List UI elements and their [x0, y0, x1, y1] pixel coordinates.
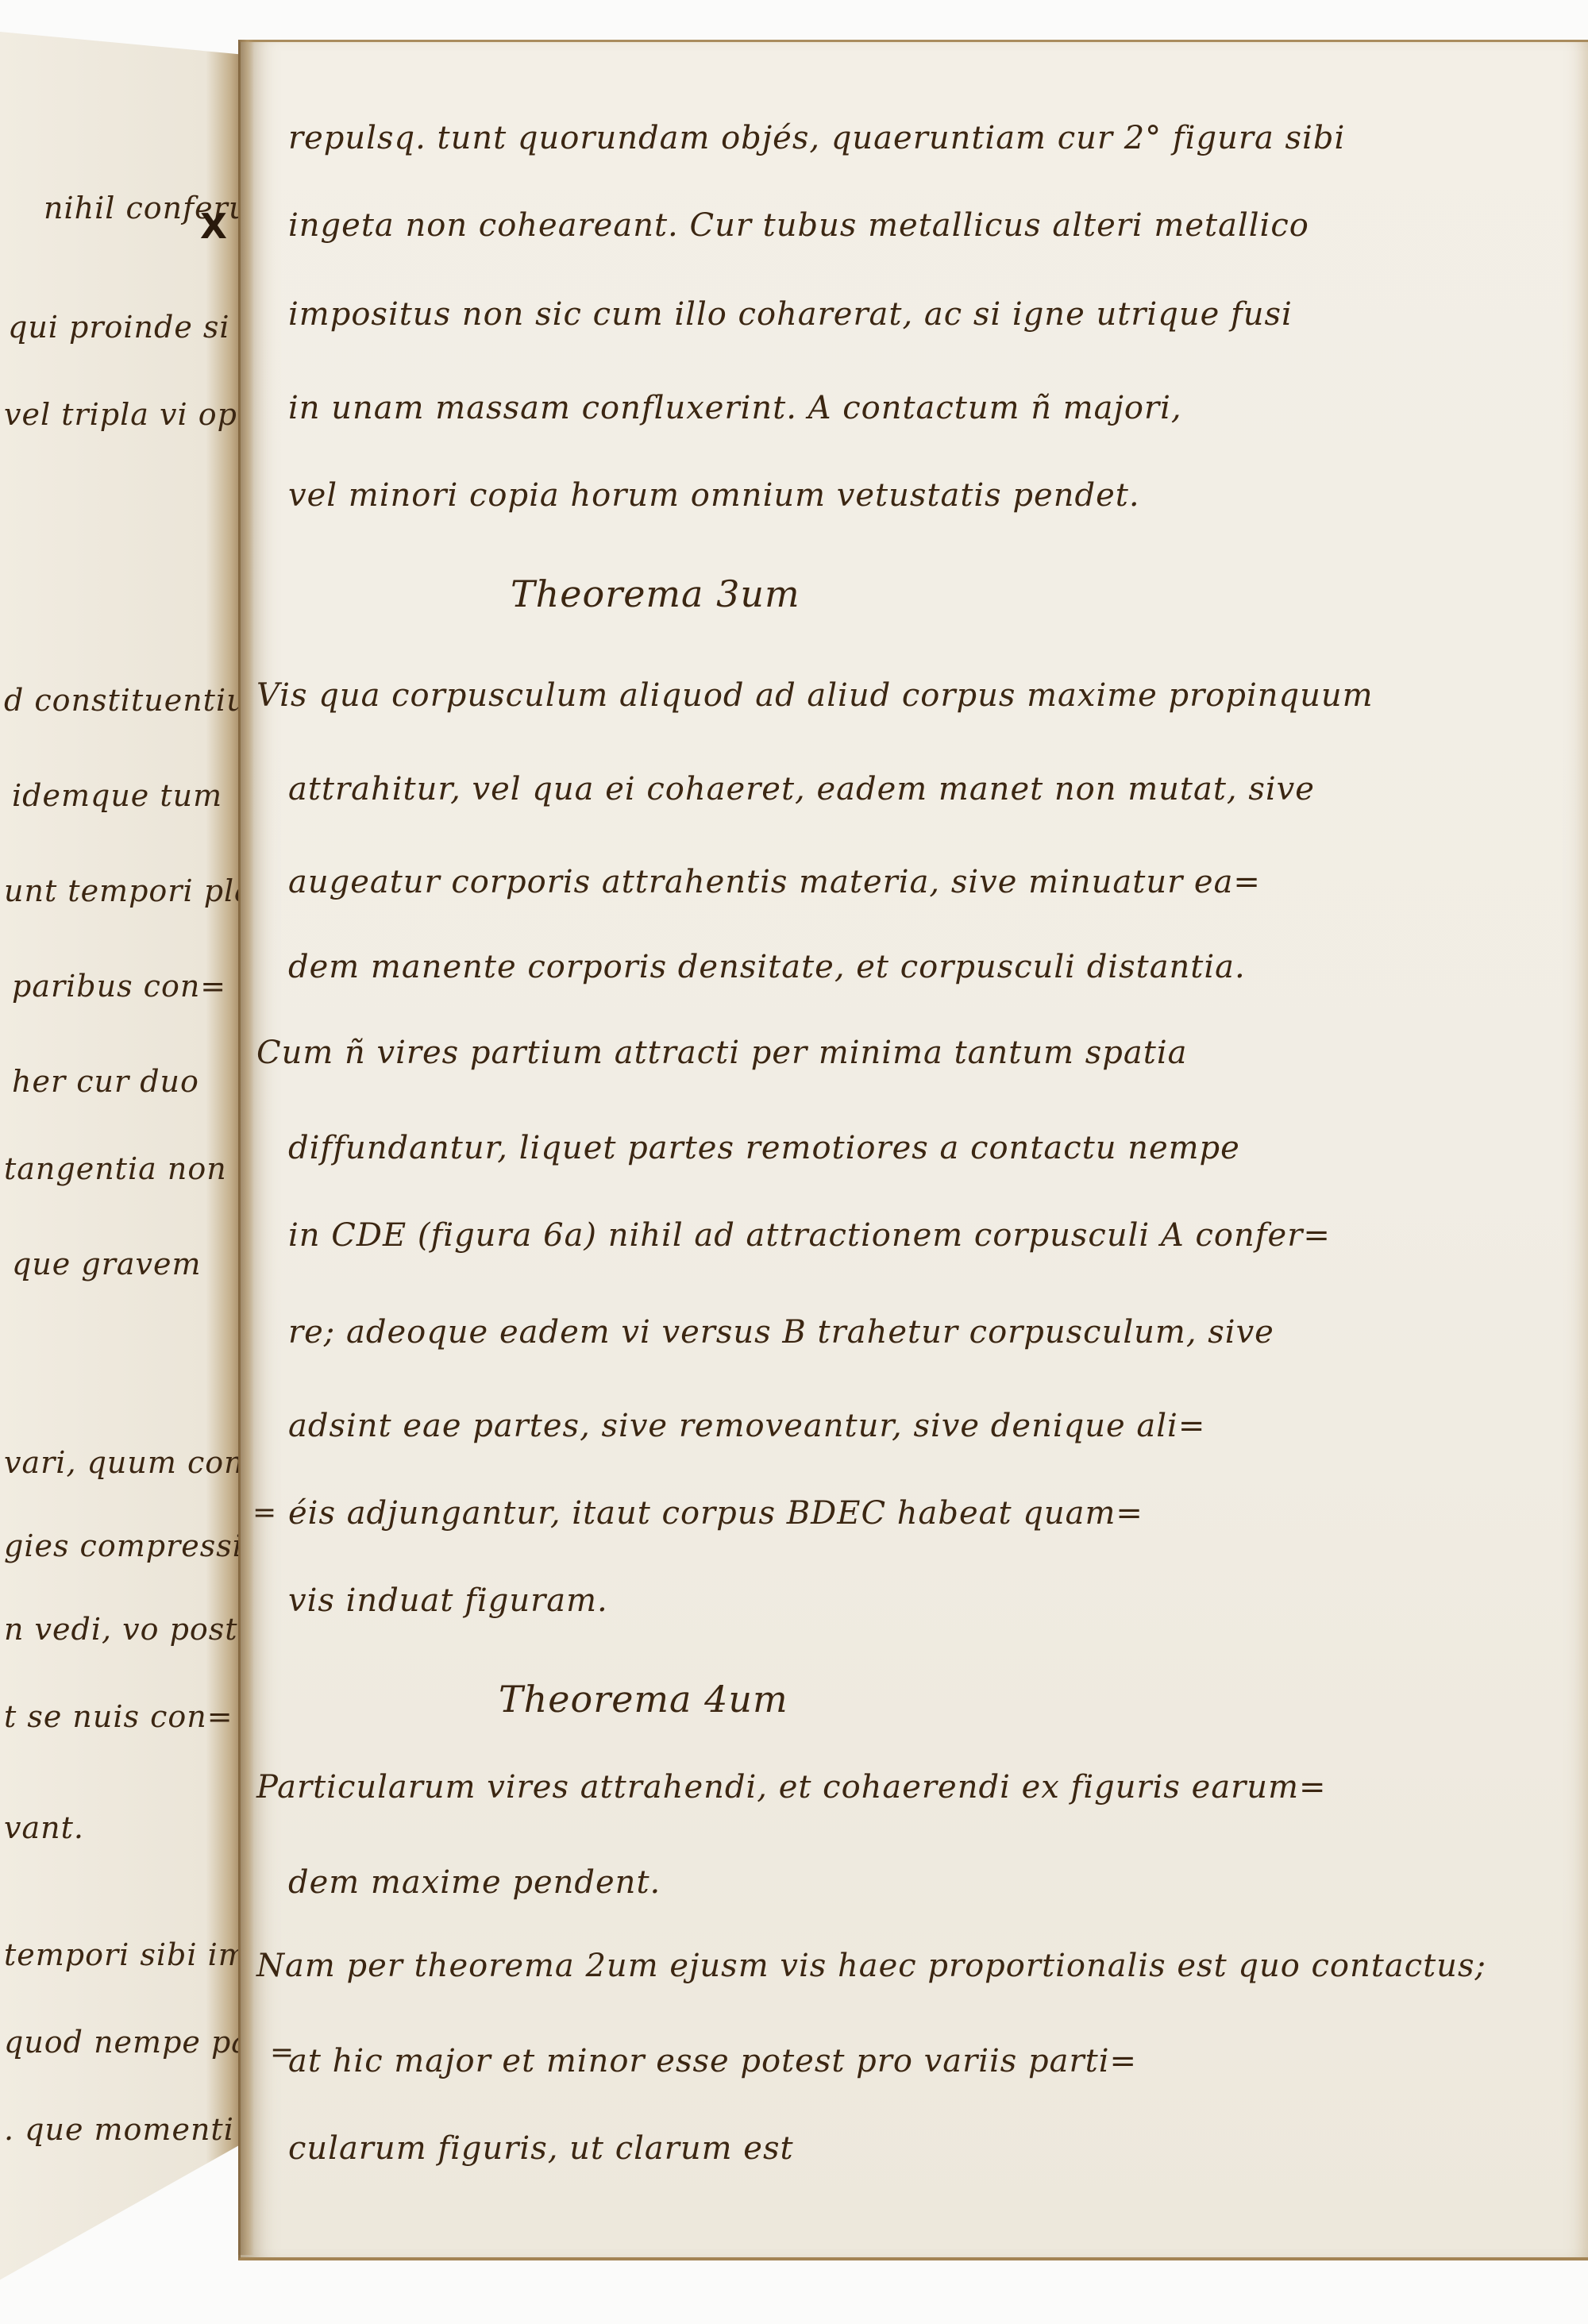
text-line: re; adeoque eadem vi versus B trahetur c…	[288, 1314, 1274, 1351]
text-line: Nam per theorema 2um ejusm vis haec prop…	[256, 1948, 1486, 1984]
text-line: repulsq. tunt quorundam objés, quaerunti…	[288, 120, 1345, 156]
text-line: Particularum vires attrahendi, et cohaer…	[256, 1769, 1327, 1806]
text-line: augeatur corporis attrahentis materia, s…	[288, 864, 1261, 900]
text-line: in unam massam confluxerint. A contactum…	[288, 390, 1182, 426]
text-line: vel minori copia horum omnium vetustatis…	[288, 477, 1140, 514]
text-line: in CDE (figura 6a) nihil ad attractionem…	[288, 1217, 1331, 1254]
left-page: nihil conferunt.qui proinde sivel tripla…	[0, 32, 242, 2303]
left-page-line: que gravem	[12, 1247, 202, 1281]
section-heading: Theorema 3um	[511, 572, 800, 615]
text-line: ingeta non coheareant. Cur tubus metalli…	[288, 207, 1309, 244]
left-page-line: paribus con=	[12, 969, 226, 1004]
text-line: cularum figuris, ut clarum est	[288, 2130, 794, 2167]
left-page-line: t se nuis con=	[4, 1699, 233, 1734]
left-page-line: her cur duo	[12, 1064, 199, 1099]
text-line: dem maxime pendent.	[288, 1864, 661, 1901]
left-page-line: idemque tum	[12, 778, 222, 813]
text-line: vis induat figuram.	[288, 1582, 608, 1619]
left-page-line: . que momenti	[4, 2112, 234, 2147]
left-page-line: quod nempe pau	[4, 2025, 270, 2060]
margin-mark: X	[200, 206, 227, 247]
right-page: 32 repulsq. tunt quorundam objés, quaeru…	[238, 40, 1588, 2260]
left-page-line: tempori sibi im=	[4, 1937, 274, 1972]
text-line: impositus non sic cum illo coharerat, ac…	[288, 296, 1293, 333]
left-page-line: vant.	[4, 1810, 84, 1845]
left-page-line: tangentia non	[4, 1151, 227, 1186]
text-line: adsint eae partes, sive removeantur, siv…	[288, 1408, 1205, 1444]
text-line: éis adjungantur, itaut corpus BDEC habea…	[288, 1495, 1143, 1532]
margin-equals-mark: =	[270, 2037, 294, 2069]
left-page-line: vari, quum con=	[4, 1445, 270, 1480]
section-heading: Theorema 4um	[499, 1678, 788, 1721]
left-page-line: n vedi, vo posto	[4, 1612, 256, 1647]
book-gutter	[238, 40, 254, 2255]
text-line: dem manente corporis densitate, et corpu…	[288, 949, 1246, 985]
left-page-line: d constituentium	[4, 683, 276, 718]
text-line: diffundantur, liquet partes remotiores a…	[288, 1130, 1240, 1166]
text-line: at hic major et minor esse potest pro va…	[288, 2043, 1137, 2079]
text-line: Cum ñ vires partium attracti per minima…	[256, 1035, 1187, 1071]
margin-equals-mark: =	[252, 1497, 276, 1529]
text-line: Vis qua corpusculum aliquod ad aliud cor…	[256, 677, 1374, 714]
text-line: attrahitur, vel qua ei cohaeret, eadem m…	[288, 771, 1315, 807]
left-page-line: qui proinde si	[8, 310, 230, 345]
